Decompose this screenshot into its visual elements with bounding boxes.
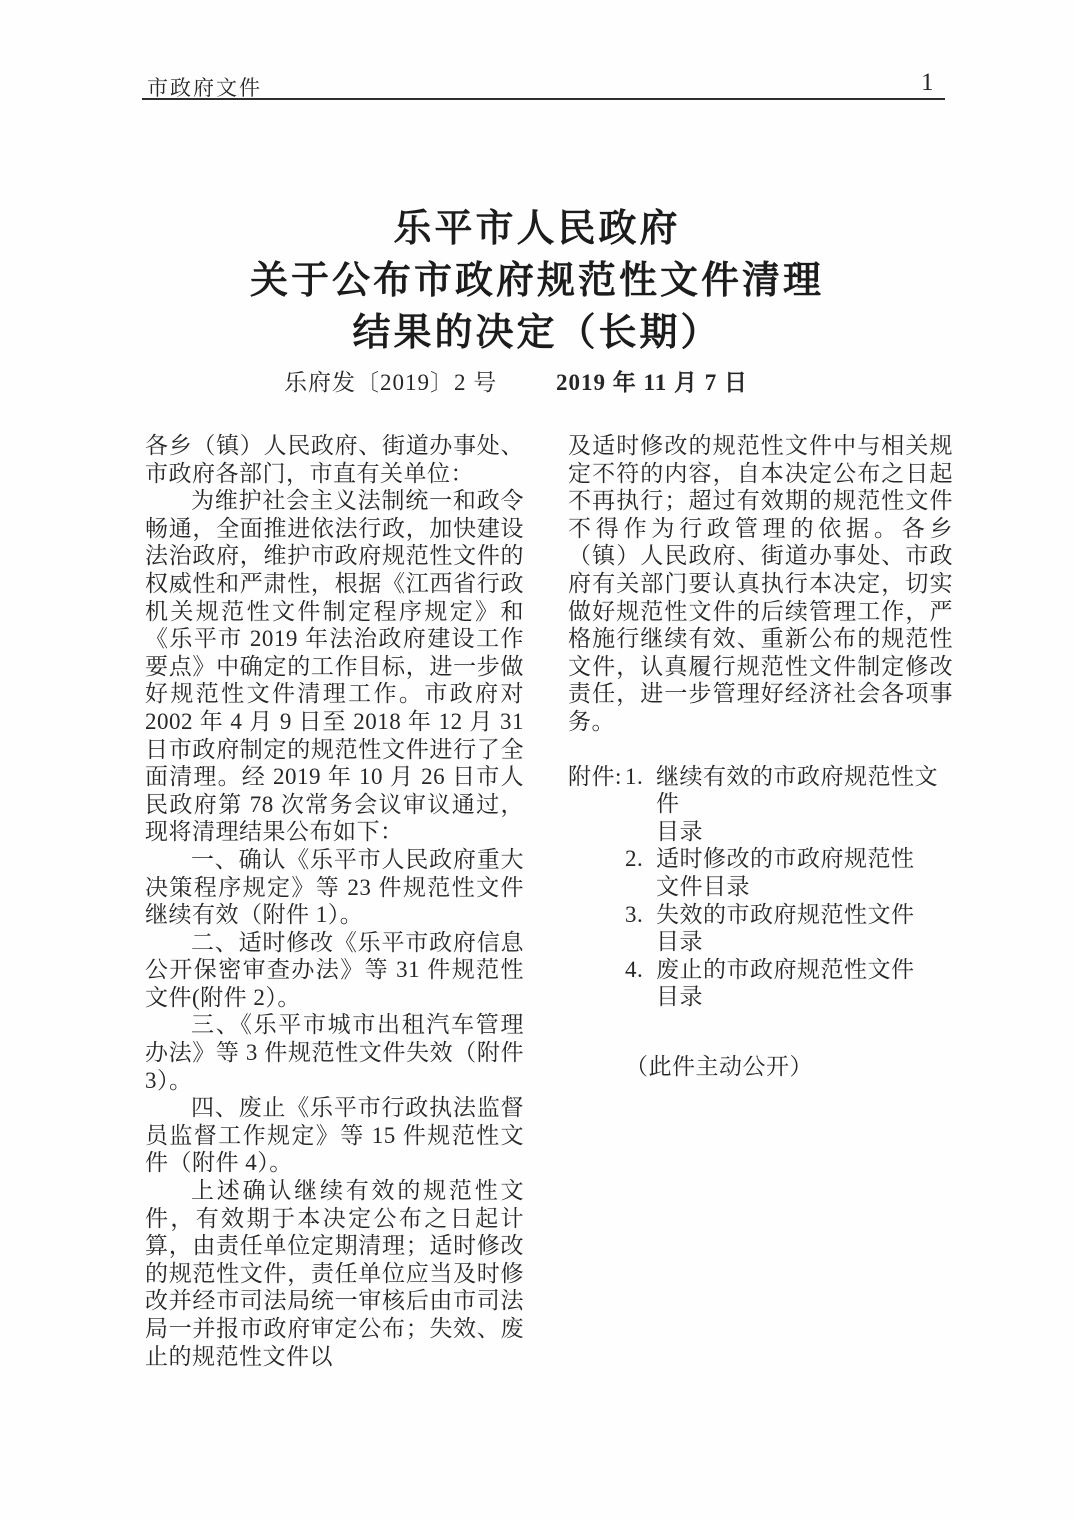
attachment-line: 废止的市政府规范性文件 [656,956,915,984]
title-line-2: 关于公布市政府规范性文件清理 [0,255,1074,307]
attachment-item: 1.继续有效的市政府规范性文件目录 [625,763,953,846]
page-number: 1 [921,69,934,97]
right-column: 及适时修改的规范性文件中与相关规定不符的内容，自本决定公布之日起不再执行；超过有… [568,432,953,1080]
attachment-number: 2. [625,845,656,900]
public-disclosure-note: （此件主动公开） [625,1053,953,1081]
document-date: 2019 年 11 月 7 日 [556,364,748,397]
attachment-text: 适时修改的市政府规范性文件目录 [656,845,915,900]
attachment-line: 目录 [656,818,953,846]
title-line-3: 结果的决定（长期） [0,307,1074,359]
attachment-item: 3.失效的市政府规范性文件目录 [625,901,953,956]
attachments-block: 附件: 1.继续有效的市政府规范性文件目录2.适时修改的市政府规范性文件目录3.… [568,763,953,1011]
attachment-line: 文件目录 [656,873,915,901]
document-number: 乐府发〔2019〕2 号 [284,364,497,397]
right-column-paragraphs: 及适时修改的规范性文件中与相关规定不符的内容，自本决定公布之日起不再执行；超过有… [568,432,953,736]
attachment-line: 失效的市政府规范性文件 [656,901,915,929]
attachments-list: 1.继续有效的市政府规范性文件目录2.适时修改的市政府规范性文件目录3.失效的市… [625,763,953,1011]
attachment-item: 2.适时修改的市政府规范性文件目录 [625,845,953,900]
document-title: 乐平市人民政府 关于公布市政府规范性文件清理 结果的决定（长期） [0,203,1074,359]
paragraph: 各乡（镇）人民政府、街道办事处、市政府各部门，市直有关单位： [145,432,524,487]
paragraph: 三、《乐平市城市出租汽车管理办法》等 3 件规范性文件失效（附件 3）。 [145,1011,524,1094]
left-column: 各乡（镇）人民政府、街道办事处、市政府各部门，市直有关单位：为维护社会主义法制统… [145,432,524,1370]
paragraph: 上述确认继续有效的规范性文件，有效期于本决定公布之日起计算，由责任单位定期清理；… [145,1177,524,1370]
paragraph: 为维护社会主义法制统一和政令畅通，全面推进依法行政，加快建设法治政府，维护市政府… [145,487,524,846]
paragraph: 一、确认《乐平市人民政府重大决策程序规定》等 23 件规范性文件继续有效（附件 … [145,846,524,929]
attachment-line: 继续有效的市政府规范性文件 [656,763,953,818]
attachment-number: 3. [625,901,656,956]
attachment-text: 废止的市政府规范性文件目录 [656,956,915,1011]
attachment-line: 目录 [656,983,915,1011]
attachment-number: 1. [625,763,656,846]
header-rule [142,98,945,100]
attachment-text: 继续有效的市政府规范性文件目录 [656,763,953,846]
attachment-line: 适时修改的市政府规范性 [656,845,915,873]
attachments-label: 附件: [568,763,622,791]
document-page: 市政府文件 1 乐平市人民政府 关于公布市政府规范性文件清理 结果的决定（长期）… [0,0,1074,1520]
attachment-text: 失效的市政府规范性文件目录 [656,901,915,956]
paragraph: 四、废止《乐平市行政执法监督员监督工作规定》等 15 件规范性文件（附件 4）。 [145,1094,524,1177]
attachment-line: 目录 [656,928,915,956]
attachment-number: 4. [625,956,656,1011]
title-line-1: 乐平市人民政府 [0,203,1074,255]
paragraph: 及适时修改的规范性文件中与相关规定不符的内容，自本决定公布之日起不再执行；超过有… [568,432,953,736]
paragraph: 二、适时修改《乐平市政府信息公开保密审查办法》等 31 件规范性文件(附件 2）… [145,929,524,1012]
attachment-item: 4.废止的市政府规范性文件目录 [625,956,953,1011]
